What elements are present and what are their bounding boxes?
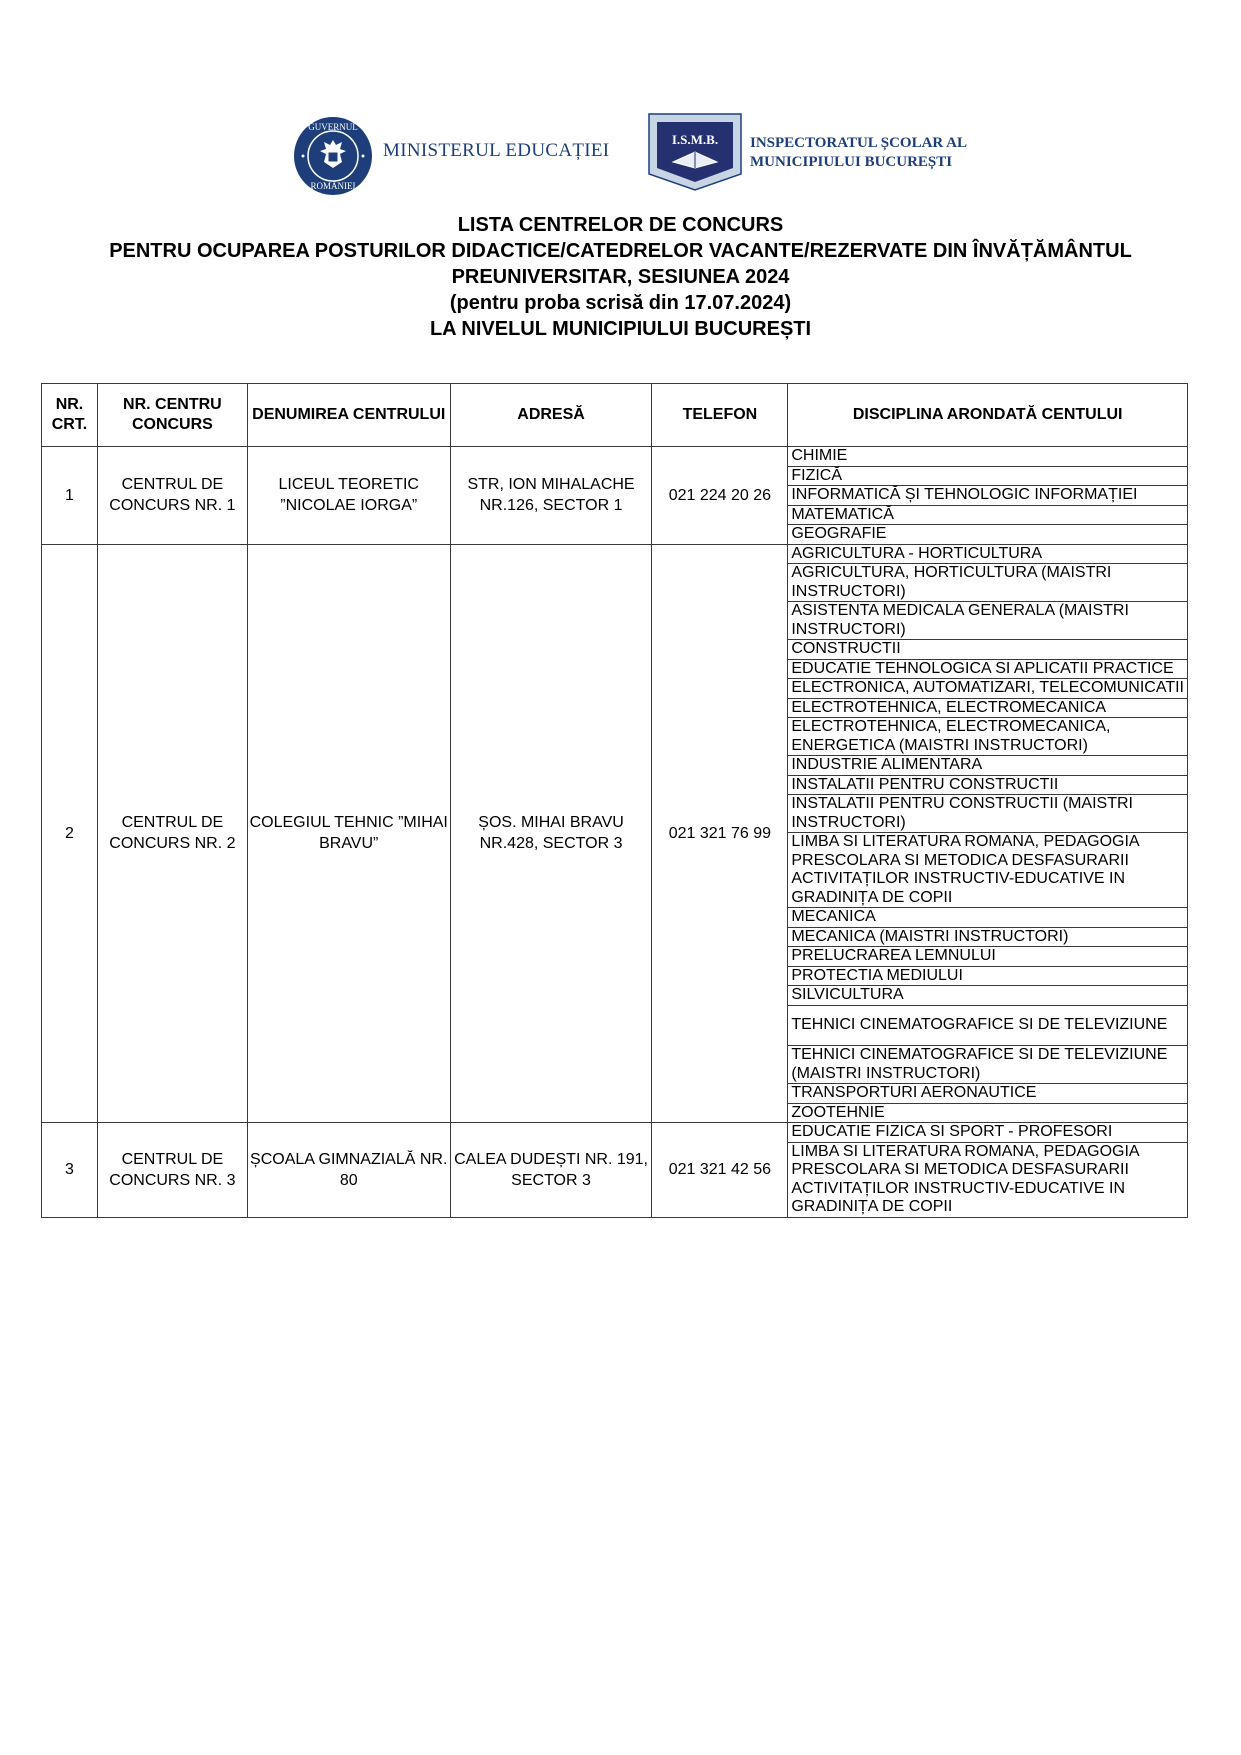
telefon-cell: 021 224 20 26 bbox=[652, 447, 788, 545]
discipline-item: TRANSPORTURI AERONAUTICE bbox=[788, 1084, 1187, 1104]
ministry-name: MINISTERUL EDUCAȚIEI bbox=[383, 140, 609, 162]
discipline-item: MATEMATICĂ bbox=[788, 506, 1187, 526]
discipline-item: CHIMIE bbox=[788, 447, 1187, 467]
nr-crt-cell: 3 bbox=[42, 1123, 98, 1218]
discipline-item: INFORMATICĂ ȘI TEHNOLOGIC INFORMAȚIEI bbox=[788, 486, 1187, 506]
svg-text:ROMÂNIEI: ROMÂNIEI bbox=[311, 181, 356, 191]
discipline-item: ELECTROTEHNICA, ELECTROMECANICA, ENERGET… bbox=[788, 718, 1187, 756]
discipline-cell: CHIMIEFIZICĂINFORMATICĂ ȘI TEHNOLOGIC IN… bbox=[788, 447, 1188, 545]
discipline-item: INSTALATII PENTRU CONSTRUCTII (MAISTRI I… bbox=[788, 795, 1187, 833]
svg-text:I.S.M.B.: I.S.M.B. bbox=[672, 132, 718, 147]
discipline-item: ELECTROTEHNICA, ELECTROMECANICA bbox=[788, 699, 1187, 719]
discipline-item: TEHNICI CINEMATOGRAFICE SI DE TELEVIZIUN… bbox=[788, 1006, 1187, 1047]
column-header-nr-crt: NR. CRT. bbox=[42, 384, 98, 447]
discipline-item: ELECTRONICA, AUTOMATIZARI, TELECOMUNICAT… bbox=[788, 679, 1187, 699]
discipline-item: LIMBA SI LITERATURA ROMANA, PEDAGOGIA PR… bbox=[788, 833, 1187, 908]
discipline-list: EDUCATIE FIZICA SI SPORT - PROFESORILIMB… bbox=[788, 1123, 1187, 1217]
column-header-denumire: DENUMIREA CENTRULUI bbox=[247, 384, 450, 447]
title-line-1: LISTA CENTRELOR DE CONCURS bbox=[20, 212, 1221, 238]
table-body: 1CENTRUL DE CONCURS NR. 1LICEUL TEORETIC… bbox=[42, 447, 1188, 1218]
title-line-3: PREUNIVERSITAR, SESIUNEA 2024 bbox=[20, 264, 1221, 290]
discipline-item: PRELUCRAREA LEMNULUI bbox=[788, 947, 1187, 967]
svg-text:GUVERNUL: GUVERNUL bbox=[308, 122, 358, 132]
column-header-adresa: ADRESĂ bbox=[450, 384, 652, 447]
ismb-name-line2: MUNICIPIULUI BUCUREȘTI bbox=[750, 153, 967, 172]
telefon-cell: 021 321 76 99 bbox=[652, 544, 788, 1123]
discipline-item: EDUCATIE FIZICA SI SPORT - PROFESORI bbox=[788, 1123, 1187, 1143]
table-row: 1CENTRUL DE CONCURS NR. 1LICEUL TEORETIC… bbox=[42, 447, 1188, 545]
table-row: 2CENTRUL DE CONCURS NR. 2COLEGIUL TEHNIC… bbox=[42, 544, 1188, 1123]
nr-centru-cell: CENTRUL DE CONCURS NR. 2 bbox=[97, 544, 247, 1123]
denumire-cell: ȘCOALA GIMNAZIALĂ NR. 80 bbox=[247, 1123, 450, 1218]
denumire-cell: LICEUL TEORETIC ”NICOLAE IORGA” bbox=[247, 447, 450, 545]
discipline-item: AGRICULTURA - HORTICULTURA bbox=[788, 545, 1187, 565]
discipline-item: TEHNICI CINEMATOGRAFICE SI DE TELEVIZIUN… bbox=[788, 1046, 1187, 1084]
ismb-name-line1: INSPECTORATUL ȘCOLAR AL bbox=[750, 134, 967, 153]
discipline-item: MECANICA bbox=[788, 908, 1187, 928]
title-line-4: (pentru proba scrisă din 17.07.2024) bbox=[20, 290, 1221, 316]
nr-centru-cell: CENTRUL DE CONCURS NR. 1 bbox=[97, 447, 247, 545]
table-header-row: NR. CRT. NR. CENTRU CONCURS DENUMIREA CE… bbox=[42, 384, 1188, 447]
ismb-shield-icon: I.S.M.B. bbox=[645, 112, 745, 192]
discipline-item: ZOOTEHNIE bbox=[788, 1104, 1187, 1123]
header-logos: GUVERNUL ROMÂNIEI MINISTERUL EDUCAȚIEI I… bbox=[0, 112, 1241, 192]
title-line-5: LA NIVELUL MUNICIPIULUI BUCUREȘTI bbox=[20, 316, 1221, 342]
adresa-cell: STR, ION MIHALACHE NR.126, SECTOR 1 bbox=[450, 447, 652, 545]
discipline-cell: EDUCATIE FIZICA SI SPORT - PROFESORILIMB… bbox=[788, 1123, 1188, 1218]
discipline-item: LIMBA SI LITERATURA ROMANA, PEDAGOGIA PR… bbox=[788, 1143, 1187, 1217]
ismb-name: INSPECTORATUL ȘCOLAR AL MUNICIPIULUI BUC… bbox=[750, 134, 967, 172]
nr-crt-cell: 1 bbox=[42, 447, 98, 545]
romanian-government-seal-icon: GUVERNUL ROMÂNIEI bbox=[293, 116, 373, 196]
discipline-item: GEOGRAFIE bbox=[788, 525, 1187, 544]
discipline-item: MECANICA (MAISTRI INSTRUCTORI) bbox=[788, 928, 1187, 948]
table-row: 3CENTRUL DE CONCURS NR. 3ȘCOALA GIMNAZIA… bbox=[42, 1123, 1188, 1218]
discipline-item: FIZICĂ bbox=[788, 467, 1187, 487]
discipline-item: INSTALATII PENTRU CONSTRUCTII bbox=[788, 776, 1187, 796]
adresa-cell: ȘOS. MIHAI BRAVU NR.428, SECTOR 3 bbox=[450, 544, 652, 1123]
discipline-item: PROTECTIA MEDIULUI bbox=[788, 967, 1187, 987]
discipline-item: ASISTENTA MEDICALA GENERALA (MAISTRI INS… bbox=[788, 602, 1187, 640]
discipline-item: SILVICULTURA bbox=[788, 986, 1187, 1006]
document-title: LISTA CENTRELOR DE CONCURS PENTRU OCUPAR… bbox=[20, 212, 1221, 342]
exam-centers-table: NR. CRT. NR. CENTRU CONCURS DENUMIREA CE… bbox=[41, 383, 1188, 1218]
discipline-list: AGRICULTURA - HORTICULTURAAGRICULTURA, H… bbox=[788, 545, 1187, 1123]
discipline-cell: AGRICULTURA - HORTICULTURAAGRICULTURA, H… bbox=[788, 544, 1188, 1123]
discipline-item: AGRICULTURA, HORTICULTURA (MAISTRI INSTR… bbox=[788, 564, 1187, 602]
column-header-disciplina: DISCIPLINA ARONDATĂ CENTULUI bbox=[788, 384, 1188, 447]
discipline-list: CHIMIEFIZICĂINFORMATICĂ ȘI TEHNOLOGIC IN… bbox=[788, 447, 1187, 544]
discipline-item: CONSTRUCTII bbox=[788, 640, 1187, 660]
nr-centru-cell: CENTRUL DE CONCURS NR. 3 bbox=[97, 1123, 247, 1218]
discipline-item: EDUCATIE TEHNOLOGICA SI APLICATII PRACTI… bbox=[788, 660, 1187, 680]
telefon-cell: 021 321 42 56 bbox=[652, 1123, 788, 1218]
discipline-item: INDUSTRIE ALIMENTARA bbox=[788, 756, 1187, 776]
title-line-2: PENTRU OCUPAREA POSTURILOR DIDACTICE/CAT… bbox=[20, 238, 1221, 264]
column-header-telefon: TELEFON bbox=[652, 384, 788, 447]
column-header-nr-centru: NR. CENTRU CONCURS bbox=[97, 384, 247, 447]
adresa-cell: CALEA DUDEȘTI NR. 191, SECTOR 3 bbox=[450, 1123, 652, 1218]
nr-crt-cell: 2 bbox=[42, 544, 98, 1123]
denumire-cell: COLEGIUL TEHNIC ”MIHAI BRAVU” bbox=[247, 544, 450, 1123]
